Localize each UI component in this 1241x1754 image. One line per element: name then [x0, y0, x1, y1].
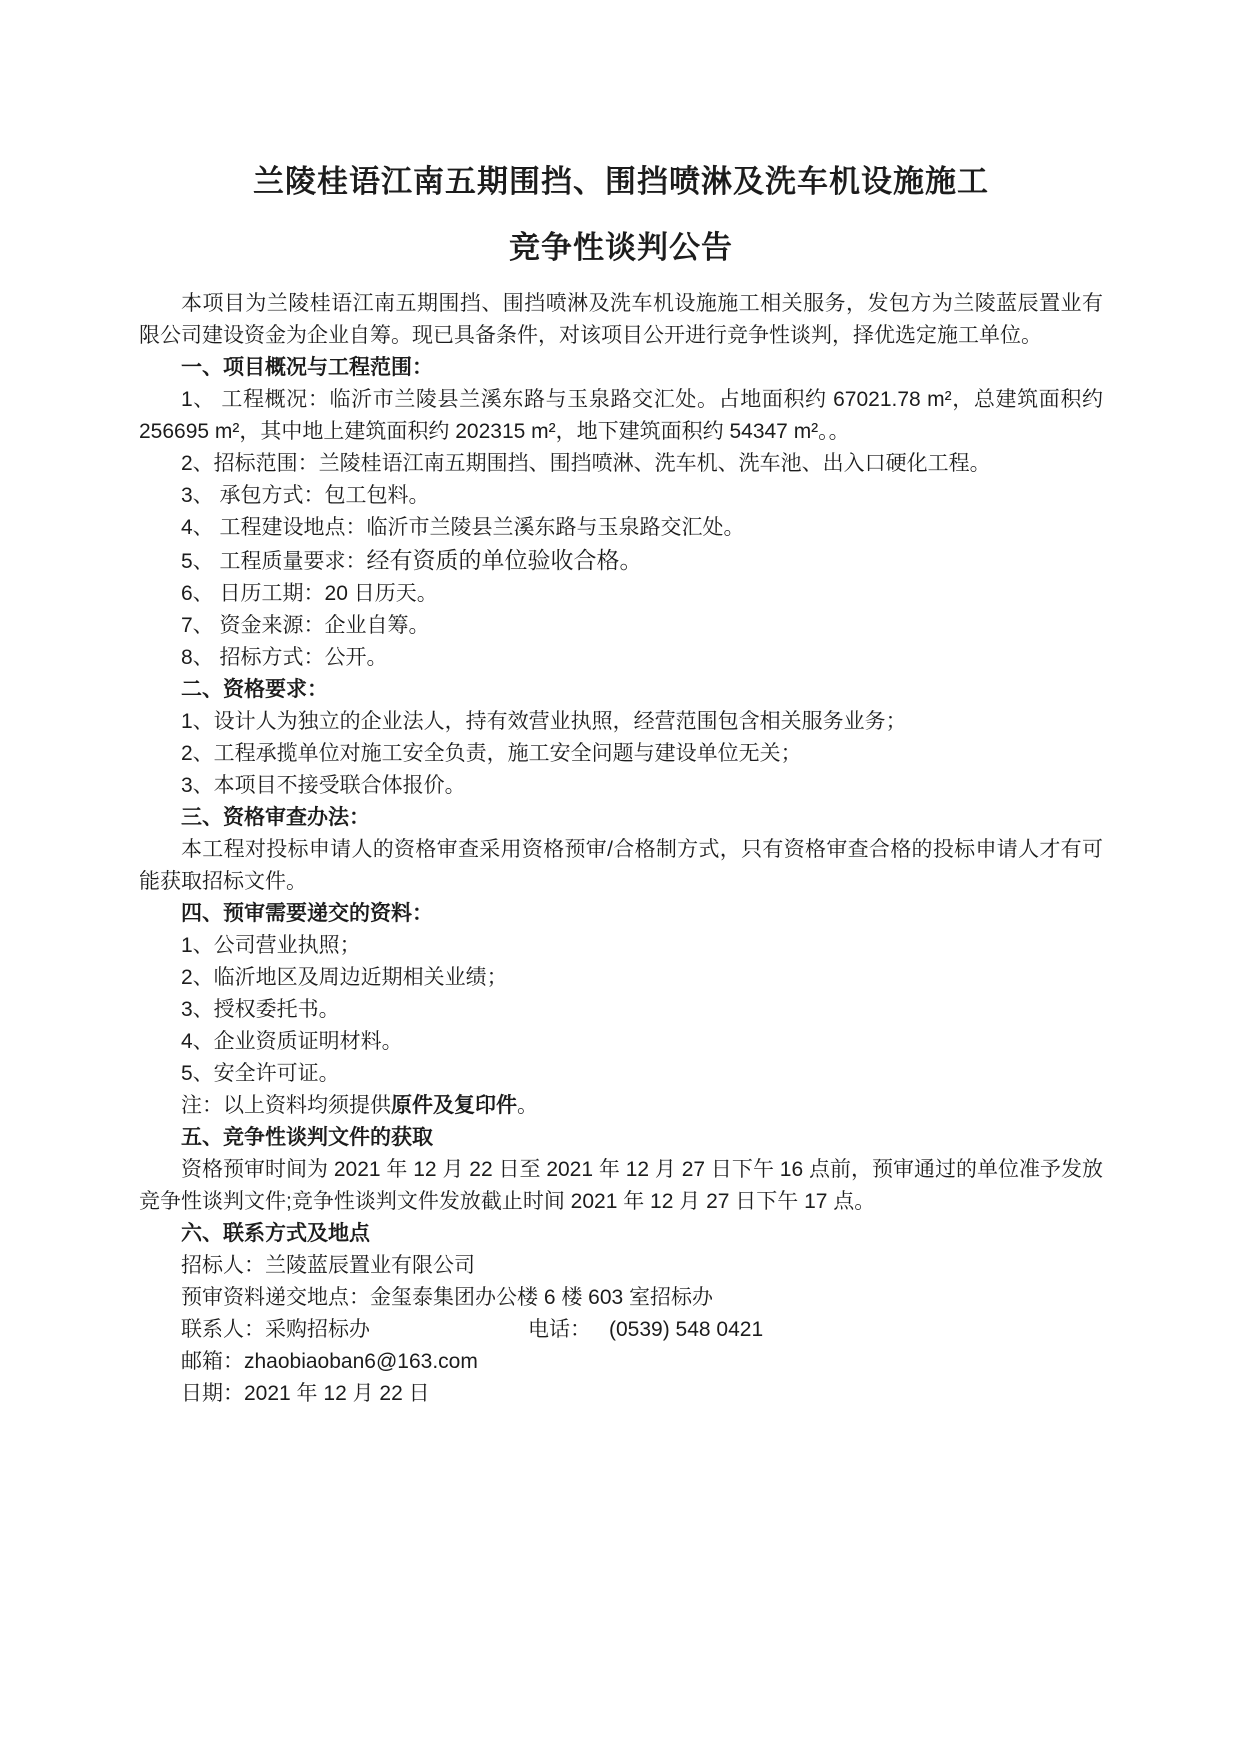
section1-heading: 一、项目概况与工程范围： [139, 352, 1103, 384]
section1-item-1: 1、 工程概况：临沂市兰陵县兰溪东路与玉泉路交汇处。占地面积约 67021.78… [139, 384, 1103, 448]
section5-paragraph: 资格预审时间为 2021 年 12 月 22 日至 2021 年 12 月 27… [139, 1154, 1103, 1218]
section1-item-3: 3、 承包方式：包工包料。 [139, 480, 1103, 512]
section4-item-1: 1、公司营业执照； [139, 930, 1103, 962]
section4-item-3: 3、授权委托书。 [139, 994, 1103, 1026]
quality-requirement-value: 经有资质的单位验收合格。 [367, 547, 643, 573]
contact-line: 联系人：采购招标办电话：(0539) 548 0421 [139, 1314, 1103, 1346]
bidder-line: 招标人：兰陵蓝辰置业有限公司 [139, 1250, 1103, 1282]
section6-heading: 六、联系方式及地点 [139, 1218, 1103, 1250]
section4-heading: 四、预审需要递交的资料： [139, 898, 1103, 930]
section3-heading: 三、资格审查办法： [139, 802, 1103, 834]
section1-item-6: 6、 日历工期：20 日历天。 [139, 578, 1103, 610]
section2-item-2: 2、工程承揽单位对施工安全负责，施工安全问题与建设单位无关； [139, 738, 1103, 770]
section1-item-8: 8、 招标方式：公开。 [139, 642, 1103, 674]
date-line: 日期：2021 年 12 月 22 日 [139, 1378, 1103, 1410]
section2-item-3: 3、本项目不接受联合体报价。 [139, 770, 1103, 802]
document-title-line2: 竞争性谈判公告 [139, 228, 1103, 268]
section5-heading: 五、竞争性谈判文件的获取 [139, 1122, 1103, 1154]
section1-item-5: 5、 工程质量要求：经有资质的单位验收合格。 [139, 544, 1103, 578]
email-line: 邮箱：zhaobiaoban6@163.com [139, 1346, 1103, 1378]
section4-note: 注：以上资料均须提供原件及复印件。 [139, 1090, 1103, 1122]
section4-item-5: 5、安全许可证。 [139, 1058, 1103, 1090]
section1-item-7: 7、 资金来源：企业自筹。 [139, 610, 1103, 642]
note-suffix: 。 [517, 1094, 538, 1117]
note-prefix: 注：以上资料均须提供 [181, 1094, 391, 1117]
section4-item-2: 2、临沂地区及周边近期相关业绩； [139, 962, 1103, 994]
quality-requirement-label: 5、 工程质量要求： [181, 550, 367, 573]
section1-item-4: 4、 工程建设地点：临沂市兰陵县兰溪东路与玉泉路交汇处。 [139, 512, 1103, 544]
section2-heading: 二、资格要求： [139, 674, 1103, 706]
section3-paragraph: 本工程对投标申请人的资格审查采用资格预审/合格制方式，只有资格审查合格的投标申请… [139, 834, 1103, 898]
submit-location-line: 预审资料递交地点：金玺泰集团办公楼 6 楼 603 室招标办 [139, 1282, 1103, 1314]
section4-item-4: 4、企业资质证明材料。 [139, 1026, 1103, 1058]
phone-label: 电话： [528, 1318, 591, 1341]
note-bold-text: 原件及复印件 [391, 1094, 517, 1117]
intro-paragraph: 本项目为兰陵桂语江南五期围挡、围挡喷淋及洗车机设施施工相关服务，发包方为兰陵蓝辰… [139, 288, 1103, 352]
contact-person: 联系人：采购招标办 [181, 1318, 370, 1341]
section2-item-1: 1、设计人为独立的企业法人，持有效营业执照，经营范围包含相关服务业务； [139, 706, 1103, 738]
document-page: 兰陵桂语江南五期围挡、围挡喷淋及洗车机设施施工 竞争性谈判公告 本项目为兰陵桂语… [0, 0, 1241, 1754]
section1-item-2: 2、招标范围：兰陵桂语江南五期围挡、围挡喷淋、洗车机、洗车池、出入口硬化工程。 [139, 448, 1103, 480]
document-body: 本项目为兰陵桂语江南五期围挡、围挡喷淋及洗车机设施施工相关服务，发包方为兰陵蓝辰… [139, 288, 1103, 1410]
phone-number: (0539) 548 0421 [609, 1318, 763, 1341]
document-title-line1: 兰陵桂语江南五期围挡、围挡喷淋及洗车机设施施工 [139, 162, 1103, 202]
